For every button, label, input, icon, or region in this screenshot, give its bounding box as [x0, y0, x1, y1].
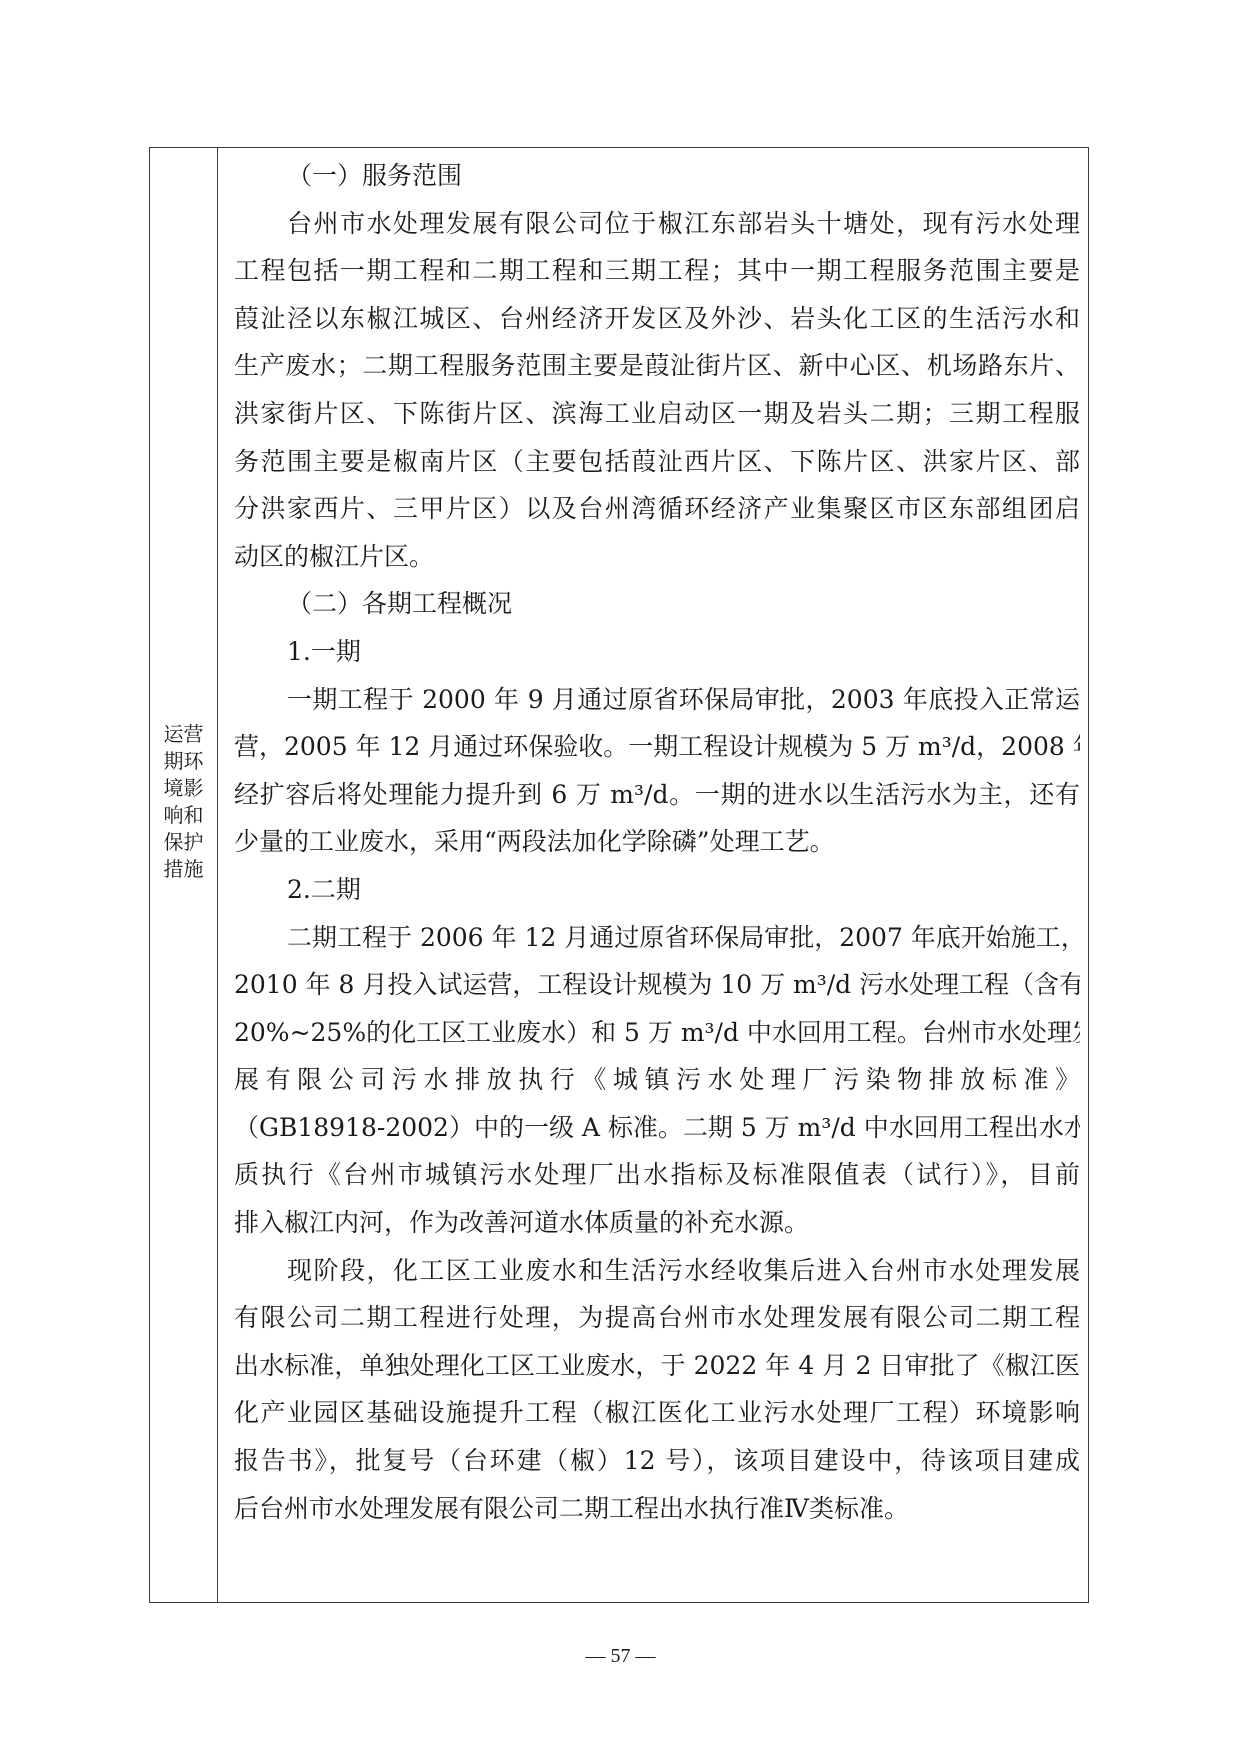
- content-cell: （一）服务范围 台州市水处理发展有限公司位于椒江东部岩头十塘处，现有污水处理 工…: [219, 148, 1088, 1602]
- paragraph-line: 出水标准，单独处理化工区工业废水，于 2022 年 4 月 2 日审批了《椒江医: [234, 1342, 1080, 1390]
- paragraph-line: 分洪家西片、三甲片区）以及台州湾循环经济产业集聚区市区东部组团启: [234, 485, 1080, 533]
- document-table: 运营 期环 境影 响和 保护 措施 （一）服务范围 台州市水处理发展有限公司位于…: [149, 147, 1089, 1603]
- paragraph-line: 20%~25%的化工区工业废水）和 5 万 m³/d 中水回用工程。台州市水处理…: [234, 1009, 1080, 1057]
- paragraph-line: 排入椒江内河，作为改善河道水体质量的补充水源。: [234, 1199, 1080, 1247]
- paragraph-line: 工程包括一期工程和二期工程和三期工程；其中一期工程服务范围主要是: [234, 247, 1080, 295]
- paragraph-line: 二期工程于 2006 年 12 月通过原省环保局审批，2007 年底开始施工，: [234, 914, 1080, 962]
- paragraph-line: 动区的椒江片区。: [234, 533, 1080, 581]
- paragraph-line: 现阶段，化工区工业废水和生活污水经收集后进入台州市水处理发展: [234, 1247, 1080, 1295]
- section-heading-phase-overview: （二）各期工程概况: [234, 580, 1080, 628]
- row-label-line: 期环: [150, 748, 217, 775]
- paragraph-line: 展有限公司污水排放执行《城镇污水处理厂污染物排放标准》: [234, 1056, 1080, 1104]
- row-label-line: 措施: [150, 856, 217, 883]
- paragraph-line: 生产废水；二期工程服务范围主要是葭沚街片区、新中心区、机场路东片、: [234, 342, 1080, 390]
- paragraph-line: 后台州市水处理发展有限公司二期工程出水执行准Ⅳ类标准。: [234, 1485, 1080, 1533]
- section-heading-service-scope: （一）服务范围: [234, 152, 1080, 200]
- row-label-line: 境影: [150, 775, 217, 802]
- paragraph-line: 报告书》，批复号（台环建（椒）12 号），该项目建设中，待该项目建成: [234, 1437, 1080, 1485]
- paragraph-line: 2010 年 8 月投入试运营，工程设计规模为 10 万 m³/d 污水处理工程…: [234, 961, 1080, 1009]
- paragraph-line: 营，2005 年 12 月通过环保验收。一期工程设计规模为 5 万 m³/d，2…: [234, 723, 1080, 771]
- paragraph-line: 经扩容后将处理能力提升到 6 万 m³/d。一期的进水以生活污水为主，还有: [234, 771, 1080, 819]
- paragraph-line: 台州市水处理发展有限公司位于椒江东部岩头十塘处，现有污水处理: [234, 200, 1080, 248]
- subsection-heading-phase-1: 1.一期: [234, 628, 1080, 676]
- row-label: 运营 期环 境影 响和 保护 措施: [150, 721, 217, 883]
- row-label-line: 响和: [150, 802, 217, 829]
- page-number: — 57 —: [0, 1642, 1241, 1670]
- content-body: （一）服务范围 台州市水处理发展有限公司位于椒江东部岩头十塘处，现有污水处理 工…: [234, 152, 1080, 1532]
- row-label-cell: 运营 期环 境影 响和 保护 措施: [150, 148, 218, 1602]
- paragraph-line: 一期工程于 2000 年 9 月通过原省环保局审批，2003 年底投入正常运: [234, 676, 1080, 724]
- paragraph-line: 化产业园区基础设施提升工程（椒江医化工业污水处理厂工程）环境影响: [234, 1389, 1080, 1437]
- paragraph-line: 有限公司二期工程进行处理，为提高台州市水处理发展有限公司二期工程: [234, 1294, 1080, 1342]
- paragraph-line: 洪家街片区、下陈街片区、滨海工业启动区一期及岩头二期；三期工程服: [234, 390, 1080, 438]
- subsection-heading-phase-2: 2.二期: [234, 866, 1080, 914]
- paragraph-line: 葭沚泾以东椒江城区、台州经济开发区及外沙、岩头化工区的生活污水和: [234, 295, 1080, 343]
- row-label-line: 保护: [150, 829, 217, 856]
- paragraph-line: 少量的工业废水，采用“两段法加化学除磷”处理工艺。: [234, 818, 1080, 866]
- paragraph-line: （GB18918-2002）中的一级 A 标准。二期 5 万 m³/d 中水回用…: [234, 1104, 1080, 1152]
- row-label-line: 运营: [150, 721, 217, 748]
- paragraph-line: 务范围主要是椒南片区（主要包括葭沚西片区、下陈片区、洪家片区、部: [234, 438, 1080, 486]
- paragraph-line: 质执行《台州市城镇污水处理厂出水指标及标准限值表（试行）》，目前: [234, 1151, 1080, 1199]
